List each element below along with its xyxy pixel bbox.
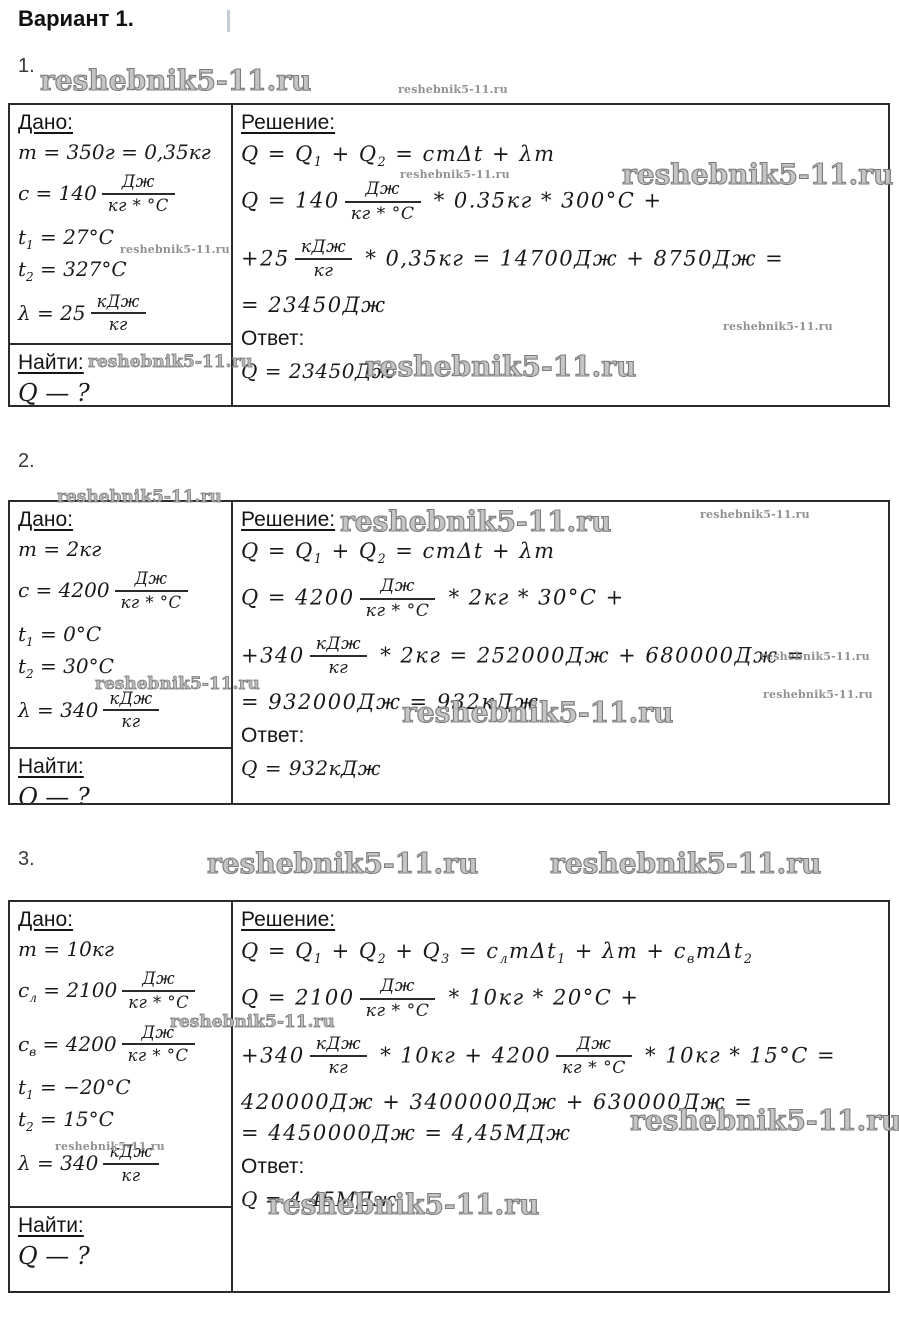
find-label: Найти: — [18, 755, 225, 779]
fraction-numerator: кДж — [310, 1035, 367, 1056]
fraction: Джкг * °C — [122, 970, 195, 1013]
math-text: +340 — [241, 643, 305, 667]
math-text: m = 350г = 0,35кг — [18, 140, 211, 164]
watermark: reshebnik5-11.ru — [630, 1104, 899, 1137]
math-text: mΔt — [696, 939, 744, 963]
watermark: reshebnik5-11.ru — [700, 508, 810, 521]
given-cell: Дано:m = 350г = 0,35кгc = 140Джкг * °Ct1… — [10, 105, 231, 345]
given-line: t2 = 327°C — [18, 257, 225, 284]
math-text: c = 4200 — [18, 578, 110, 602]
subscript: 1 — [314, 551, 324, 566]
find-label: Найти: — [18, 1214, 225, 1238]
given-line: m = 2кг — [18, 537, 225, 561]
fraction-denominator: кг — [295, 258, 352, 282]
given-line: m = 350г = 0,35кг — [18, 140, 225, 164]
math-text: = cmΔt + λm — [387, 539, 555, 563]
math-text: c = 140 — [18, 181, 97, 205]
math-text: * 0,35кг = 14700Дж + 8750Дж = — [357, 246, 784, 270]
math-text: = 23450Дж — [241, 293, 387, 317]
fraction-numerator: Дж — [360, 977, 436, 998]
math-text: +25 — [241, 246, 290, 270]
math-text: = 4450000Дж = 4,45МДж — [241, 1121, 571, 1145]
find-cell: Найти:Q — ? — [10, 749, 231, 803]
subscript: 1 — [314, 951, 324, 966]
watermark: reshebnik5-11.ru — [207, 847, 478, 880]
math-text: = 4200 — [36, 1031, 116, 1055]
subscript: 1 — [26, 238, 34, 252]
math-text: * 0.35кг * 300°C + — [426, 189, 663, 213]
given-line: c = 140Джкг * °C — [18, 171, 225, 218]
fraction: Джкг * °C — [360, 977, 436, 1021]
fraction-denominator: кг * °C — [556, 1055, 632, 1079]
watermark: reshebnik5-11.ru — [170, 1012, 335, 1032]
watermark: reshebnik5-11.ru — [550, 847, 821, 880]
given-find-column: Дано:m = 10кгcл = 2100Джкг * °Ccв = 4200… — [10, 902, 233, 1291]
subscript: 2 — [26, 667, 34, 681]
math-text: t — [18, 225, 26, 249]
fraction-denominator: кг — [103, 1163, 158, 1186]
math-text: Q = 140 — [241, 189, 340, 213]
math-text: = cmΔt + λm — [387, 142, 555, 166]
fraction-denominator: кг — [310, 1055, 367, 1079]
watermark: reshebnik5-11.ru — [40, 64, 311, 97]
fraction: кДжкг — [310, 1035, 367, 1079]
fraction-denominator: кг * °C — [122, 1043, 195, 1066]
watermark: reshebnik5-11.ru — [57, 487, 222, 507]
math-text: λ = 25 — [18, 300, 86, 324]
find-value: Q — ? — [18, 783, 225, 803]
math-text: + Q — [323, 142, 377, 166]
math-text: + Q — [387, 939, 441, 963]
fraction-denominator: кг * °C — [360, 598, 436, 622]
fraction-denominator: кг * °C — [122, 990, 195, 1013]
math-text: Q = 932кДж — [241, 756, 381, 780]
solution-line: = 23450Дж — [241, 293, 880, 317]
fraction: Джкг * °C — [345, 180, 421, 224]
fraction-numerator: кДж — [310, 635, 367, 656]
given-line: c = 4200Джкг * °C — [18, 568, 225, 615]
watermark: reshebnik5-11.ru — [723, 320, 833, 333]
answer-value: Q = 932кДж — [241, 756, 880, 780]
math-text: * 10кг + 4200 — [372, 1043, 551, 1067]
fraction-numerator: Дж — [360, 577, 436, 598]
fraction-denominator: кг * °C — [360, 998, 436, 1022]
math-text: Q = Q — [241, 142, 314, 166]
given-line: t1 = −20°C — [18, 1075, 225, 1102]
given-line: t2 = 15°C — [18, 1107, 225, 1134]
math-text: c — [18, 978, 29, 1002]
solution-line: Q = 2100Джкг * °C * 10кг * 20°C + — [241, 975, 880, 1023]
fraction-denominator: кг * °C — [345, 201, 421, 225]
fraction-denominator: кг — [310, 655, 367, 679]
given-line: λ = 340кДжкг — [18, 688, 225, 735]
math-text: = c — [451, 939, 500, 963]
solution-line: +25кДжкг * 0,35кг = 14700Дж + 8750Дж = — [241, 236, 880, 284]
subscript: 3 — [441, 951, 451, 966]
solution-line: Q = 4200Джкг * °C * 2кг * 30°C + — [241, 575, 880, 623]
math-text: c — [18, 1031, 29, 1055]
fraction: кДжкг — [91, 293, 146, 336]
math-text: = 327°C — [34, 257, 127, 281]
solution-line: +340кДжкг * 10кг + 4200Джкг * °C * 10кг … — [241, 1033, 880, 1081]
math-text: = 0°C — [34, 622, 102, 646]
math-text: * 2кг * 30°C + — [440, 586, 624, 610]
math-text: Q = Q — [241, 539, 314, 563]
subscript: 2 — [378, 951, 388, 966]
subscript: в — [687, 951, 696, 966]
fraction: кДжкг — [310, 635, 367, 679]
fraction-numerator: Дж — [102, 173, 175, 193]
math-text: m = 2кг — [18, 537, 101, 561]
problem-table: Дано:m = 2кгc = 4200Джкг * °Ct1 = 0°Ct2 … — [8, 500, 890, 805]
math-text: t — [18, 654, 26, 678]
answer-label: Ответ: — [241, 1155, 880, 1179]
subscript: 1 — [557, 951, 567, 966]
math-text: + Q — [323, 539, 377, 563]
given-cell: Дано:m = 10кгcл = 2100Джкг * °Ccв = 4200… — [10, 902, 231, 1208]
problem-number: 2. — [18, 450, 35, 473]
given-line: t1 = 0°C — [18, 622, 225, 649]
page-title: Вариант 1. — [18, 6, 134, 32]
given-label: Дано: — [18, 508, 225, 532]
math-text: = 15°C — [34, 1107, 114, 1131]
given-label: Дано: — [18, 908, 225, 932]
fraction-denominator: кг * °C — [115, 590, 188, 613]
subscript: 2 — [26, 270, 34, 284]
find-value: Q — ? — [18, 379, 225, 405]
math-text: m = 10кг — [18, 937, 114, 961]
given-line: cл = 2100Джкг * °C — [18, 968, 225, 1015]
fraction-numerator: Дж — [122, 970, 195, 990]
fraction: Джкг * °C — [115, 570, 188, 613]
watermark: reshebnik5-11.ru — [55, 1140, 165, 1153]
math-text: mΔt — [509, 939, 557, 963]
fraction-numerator: Дж — [556, 1035, 632, 1056]
watermark: reshebnik5-11.ru — [365, 350, 636, 383]
math-text: = 2100 — [37, 978, 117, 1002]
subscript: 2 — [378, 154, 388, 169]
fraction-denominator: кг — [103, 709, 158, 732]
fraction: Джкг * °C — [102, 173, 175, 216]
find-cell: Найти:Q — ? — [10, 1208, 231, 1291]
watermark: reshebnik5-11.ru — [268, 1188, 539, 1221]
subscript: 1 — [26, 1088, 34, 1102]
fraction-numerator: кДж — [295, 238, 352, 259]
subscript: 1 — [314, 154, 324, 169]
math-text: λ = 340 — [18, 697, 98, 721]
given-label: Дано: — [18, 111, 225, 135]
watermark: reshebnik5-11.ru — [763, 688, 873, 701]
fraction: Джкг * °C — [360, 577, 436, 621]
math-text: + λm + c — [567, 939, 687, 963]
math-text: +340 — [241, 1043, 305, 1067]
subscript: 2 — [378, 551, 388, 566]
text-cursor-mark — [227, 10, 230, 32]
math-text: + Q — [323, 939, 377, 963]
problem-number: 3. — [18, 848, 35, 871]
math-text: t — [18, 622, 26, 646]
solution-label: Решение: — [241, 111, 880, 135]
fraction-numerator: кДж — [91, 293, 146, 313]
math-text: Q = Q — [241, 939, 314, 963]
solution-line: Q = Q1 + Q2 + Q3 = cлmΔt1 + λm + cвmΔt2 — [241, 939, 880, 966]
given-find-column: Дано:m = 2кгc = 4200Джкг * °Ct1 = 0°Ct2 … — [10, 502, 233, 803]
fraction: кДжкг — [103, 690, 158, 733]
math-text: t — [18, 1075, 26, 1099]
subscript: л — [29, 991, 37, 1005]
document-page: Вариант 1. 1.Дано:m = 350г = 0,35кгc = 1… — [0, 0, 899, 1317]
watermark: reshebnik5-11.ru — [340, 505, 611, 538]
watermark: reshebnik5-11.ru — [400, 168, 510, 181]
given-cell: Дано:m = 2кгc = 4200Джкг * °Ct1 = 0°Ct2 … — [10, 502, 231, 749]
problem-table: Дано:m = 10кгcл = 2100Джкг * °Ccв = 4200… — [8, 900, 890, 1293]
watermark: reshebnik5-11.ru — [398, 83, 508, 96]
watermark: reshebnik5-11.ru — [88, 352, 253, 372]
watermark: reshebnik5-11.ru — [402, 696, 673, 729]
solution-label: Решение: — [241, 908, 880, 932]
fraction-denominator: кг — [91, 312, 146, 335]
given-line: m = 10кг — [18, 937, 225, 961]
solution-line: Q = Q1 + Q2 = cmΔt + λm — [241, 539, 880, 566]
fraction-numerator: Дж — [345, 180, 421, 201]
given-line: λ = 25кДжкг — [18, 291, 225, 338]
solution-cell: Решение:Q = Q1 + Q2 + Q3 = cлmΔt1 + λm +… — [233, 902, 888, 1291]
subscript: л — [500, 951, 510, 966]
math-text: λ = 340 — [18, 1151, 98, 1175]
fraction: Джкг * °C — [556, 1035, 632, 1079]
watermark: reshebnik5-11.ru — [760, 650, 870, 663]
problem-number: 1. — [18, 55, 35, 78]
math-text: Q = 4200 — [241, 586, 355, 610]
math-text: * 10кг * 20°C + — [440, 986, 639, 1010]
math-text: t — [18, 1107, 26, 1131]
watermark: reshebnik5-11.ru — [622, 158, 893, 191]
math-text: Q = 2100 — [241, 986, 355, 1010]
find-value: Q — ? — [18, 1242, 225, 1270]
fraction-numerator: Дж — [115, 570, 188, 590]
watermark: reshebnik5-11.ru — [120, 243, 230, 256]
math-text: t — [18, 257, 26, 281]
math-text: * 10кг * 15°C = — [637, 1043, 836, 1067]
fraction: кДжкг — [295, 238, 352, 282]
subscript: 2 — [744, 951, 754, 966]
fraction-denominator: кг * °C — [102, 193, 175, 216]
subscript: 1 — [26, 635, 34, 649]
watermark: reshebnik5-11.ru — [95, 674, 260, 694]
math-text: * 2кг = 252000Дж + 680000Дж = — [372, 643, 806, 667]
subscript: 2 — [26, 1120, 34, 1134]
math-text: = −20°C — [34, 1075, 131, 1099]
math-text: = 27°C — [34, 225, 114, 249]
